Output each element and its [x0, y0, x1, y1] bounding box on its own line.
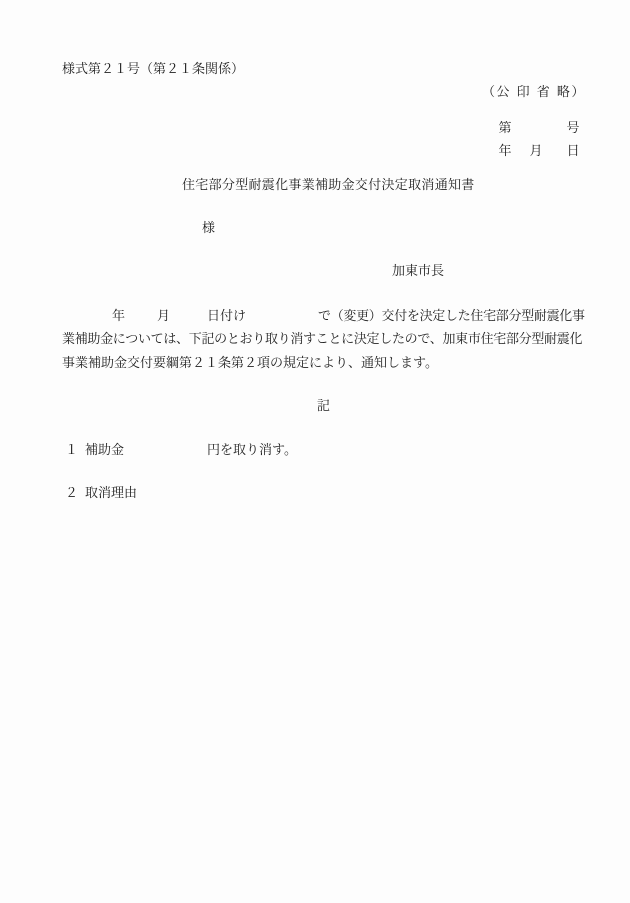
item-1-suffix: 円を取り消す。 — [207, 444, 297, 457]
addressee-line: 様 — [62, 222, 462, 236]
date-year-blank — [512, 145, 530, 158]
date-line: 年月日 — [482, 132, 580, 171]
document-title: 住宅部分型耐震化事業補助金交付決定取消通知書 — [182, 179, 475, 192]
body-line-1: 年 月 日付け で（変更）交付を決定した住宅部分型耐震化事 — [0, 310, 630, 324]
body-line-1-text: で（変更）交付を決定した住宅部分型耐震化事 — [318, 310, 585, 323]
body-year-label: 年 — [112, 310, 125, 323]
item-row-1: １ 補助金 円を取り消す。 — [0, 444, 630, 458]
form-number: 様式第２１号（第２１条関係） — [62, 63, 244, 76]
item-row-2: ２ 取消理由 — [0, 487, 630, 501]
item-2-number: ２ — [65, 487, 78, 500]
item-2-label: 取消理由 — [85, 487, 137, 500]
document-page: 様式第２１号（第２１条関係） （公 印 省 略） 第号 年月日 住宅部分型耐震化… — [0, 0, 630, 903]
body-month-label: 月 — [157, 310, 170, 323]
item-1-label: 補助金 — [85, 444, 124, 457]
body-line-2: 業補助金については、下記のとおり取り消すことに決定したので、加東市住宅部分型耐震… — [62, 333, 582, 346]
body-day-label: 日付け — [207, 310, 246, 323]
seal-omission-note: （公 印 省 略） — [482, 86, 586, 99]
sender-name: 加東市長 — [392, 265, 444, 278]
date-day-label: 日 — [567, 144, 580, 159]
date-month-label: 月 — [530, 144, 543, 159]
item-1-number: １ — [65, 444, 78, 457]
body-line-3: 事業補助金交付要綱第２１条第２項の規定により、通知します。 — [62, 357, 438, 370]
date-month-blank — [543, 145, 567, 158]
date-year-label: 年 — [499, 144, 512, 159]
addressee-honorific: 様 — [202, 222, 215, 235]
record-heading: 記 — [317, 400, 330, 413]
